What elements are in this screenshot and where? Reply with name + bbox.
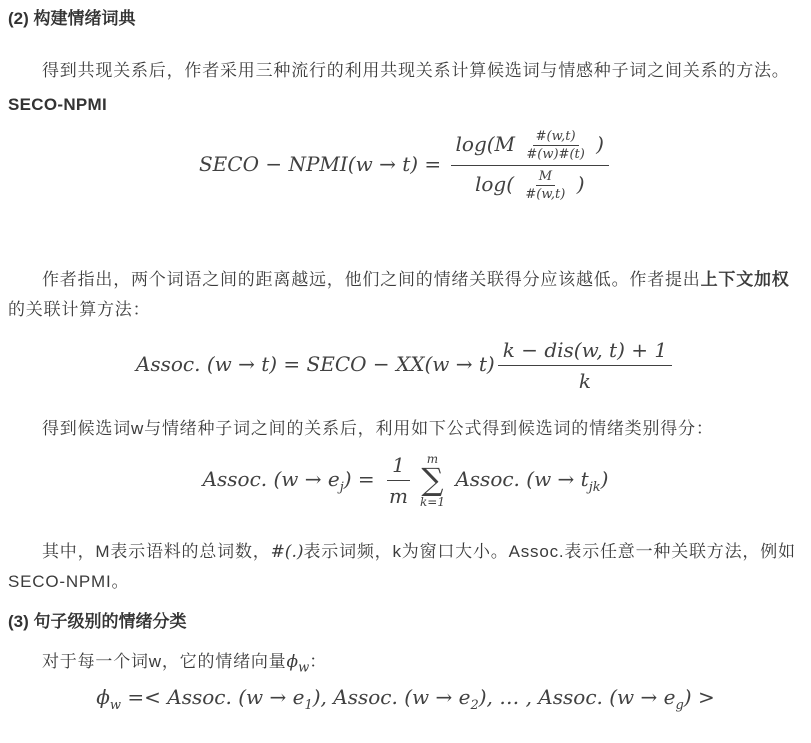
rhs-text: Assoc. (w → t <box>449 467 589 491</box>
paragraph-text: 其中，M表示语料的总词数， <box>42 542 271 561</box>
numerator-close-paren: ) <box>590 132 604 156</box>
formula-lhs: Assoc. (w → t) = SECO − XX(w → t) <box>136 352 495 376</box>
assoc-term: ), … , Assoc. (w → e <box>479 685 676 709</box>
formula-emotion-vector: ϕw =< Assoc. (w → e1), Assoc. (w → e2), … <box>8 685 803 709</box>
formula-lhs: SECO − NPMI(w → t) = <box>199 152 448 176</box>
sum-lower-limit: k=1 <box>420 495 445 509</box>
frac-top: k − dis(w, t) + 1 <box>498 337 672 366</box>
phi-symbol: ϕ <box>96 685 110 709</box>
frac-bottom: m <box>384 481 413 509</box>
subscript-g: g <box>675 698 683 713</box>
context-weighted-emphasis: 上下文加权 <box>701 270 790 289</box>
paragraph-text: 作者指出，两个词语之间的距离越远，他们之间的情绪关联得分应该越低。作者提出 <box>42 270 701 289</box>
phi-subscript-w: w <box>110 698 121 713</box>
inner-frac-bottom: #(w,t) <box>522 186 568 202</box>
article-body: (2) 构建情绪词典 得到共现关系后，作者采用三种流行的利用共现关系计算候选词与… <box>0 0 811 709</box>
formula-seco-npmi: SECO − NPMI(w → t) = log(M #(w,t)#(w)#(t… <box>8 128 803 203</box>
lhs-text: Assoc. (w → e <box>203 467 340 491</box>
angle-close: ) > <box>684 685 715 709</box>
inner-fraction-denominator: M#(w,t) <box>522 169 568 202</box>
rhs-close-paren: ) <box>601 467 609 491</box>
formula-context-weighted: Assoc. (w → t) = SECO − XX(w → t)k − dis… <box>8 337 803 394</box>
section-heading-sentence-classification: (3) 句子级别的情绪分类 <box>8 609 803 635</box>
frac-bottom: k <box>574 366 596 394</box>
subscript-1: 1 <box>304 698 312 713</box>
inner-fraction-numerator: #(w,t)#(w)#(t) <box>523 129 587 162</box>
formula-lhs: Assoc. (w → ej) = <box>203 467 381 491</box>
formula-rhs: Assoc. (w → tjk) <box>449 467 608 491</box>
phi-symbol: ϕ <box>286 652 298 672</box>
distance-fraction: k − dis(w, t) + 1k <box>498 337 672 394</box>
inner-frac-top: #(w,t) <box>533 129 579 146</box>
numerator-log-term: log(M <box>456 132 522 156</box>
subscript-2: 2 <box>470 698 478 713</box>
denominator-log-term: log( <box>475 172 520 196</box>
inner-frac-bottom: #(w)#(t) <box>523 146 587 162</box>
paragraph-text: 的关联计算方法： <box>8 300 150 319</box>
paragraph-cooccurrence-intro: 得到共现关系后，作者采用三种流行的利用共现关系计算候选词与情感种子词之间关系的方… <box>8 56 803 86</box>
denominator-close-paren: ) <box>570 172 584 196</box>
inner-frac-top: M <box>536 169 555 186</box>
paragraph-category-score-intro: 得到候选词w与情绪种子词之间的关系后，利用如下公式得到候选词的情绪类别得分： <box>8 414 803 444</box>
formula-category-score: Assoc. (w → ej) = 1mm∑k=1 Assoc. (w → tj… <box>8 452 803 509</box>
summation-operator: m∑k=1 <box>420 452 445 509</box>
assoc-term: Assoc. (w → e <box>167 685 304 709</box>
equals-angle-open: =< <box>121 685 167 709</box>
inline-math-phi: ϕw <box>286 652 309 672</box>
paragraph-distance-weighting: 作者指出，两个词语之间的距离越远，他们之间的情绪关联得分应该越低。作者提出上下文… <box>8 265 803 325</box>
formula-body: ϕw =< Assoc. (w → e1), Assoc. (w → e2), … <box>96 685 714 709</box>
inline-math-word-frequency: #(.) <box>271 542 304 562</box>
seco-npmi-label: SECO-NPMI <box>8 94 803 116</box>
frac-top: 1 <box>387 452 410 481</box>
phi-subscript-w: w <box>298 661 309 676</box>
sigma-icon: ∑ <box>421 466 443 495</box>
paragraph-emotion-vector-intro: 对于每一个词w，它的情绪向量ϕw： <box>8 647 803 677</box>
paragraph-notation-explanation: 其中，M表示语料的总词数，#(.)表示词频，k为窗口大小。Assoc.表示任意一… <box>8 537 803 597</box>
paragraph-text: 对于每一个词w，它的情绪向量 <box>42 652 286 671</box>
paragraph-text: ： <box>309 652 327 671</box>
section-heading-build-lexicon: (2) 构建情绪词典 <box>8 6 803 32</box>
one-over-m-fraction: 1m <box>384 452 413 509</box>
main-fraction: log(M #(w,t)#(w)#(t) )log( M#(w,t) ) <box>451 128 610 203</box>
assoc-term: ), Assoc. (w → e <box>313 685 471 709</box>
subscript-jk: jk <box>589 480 601 495</box>
lhs-equals: ) = <box>344 467 381 491</box>
